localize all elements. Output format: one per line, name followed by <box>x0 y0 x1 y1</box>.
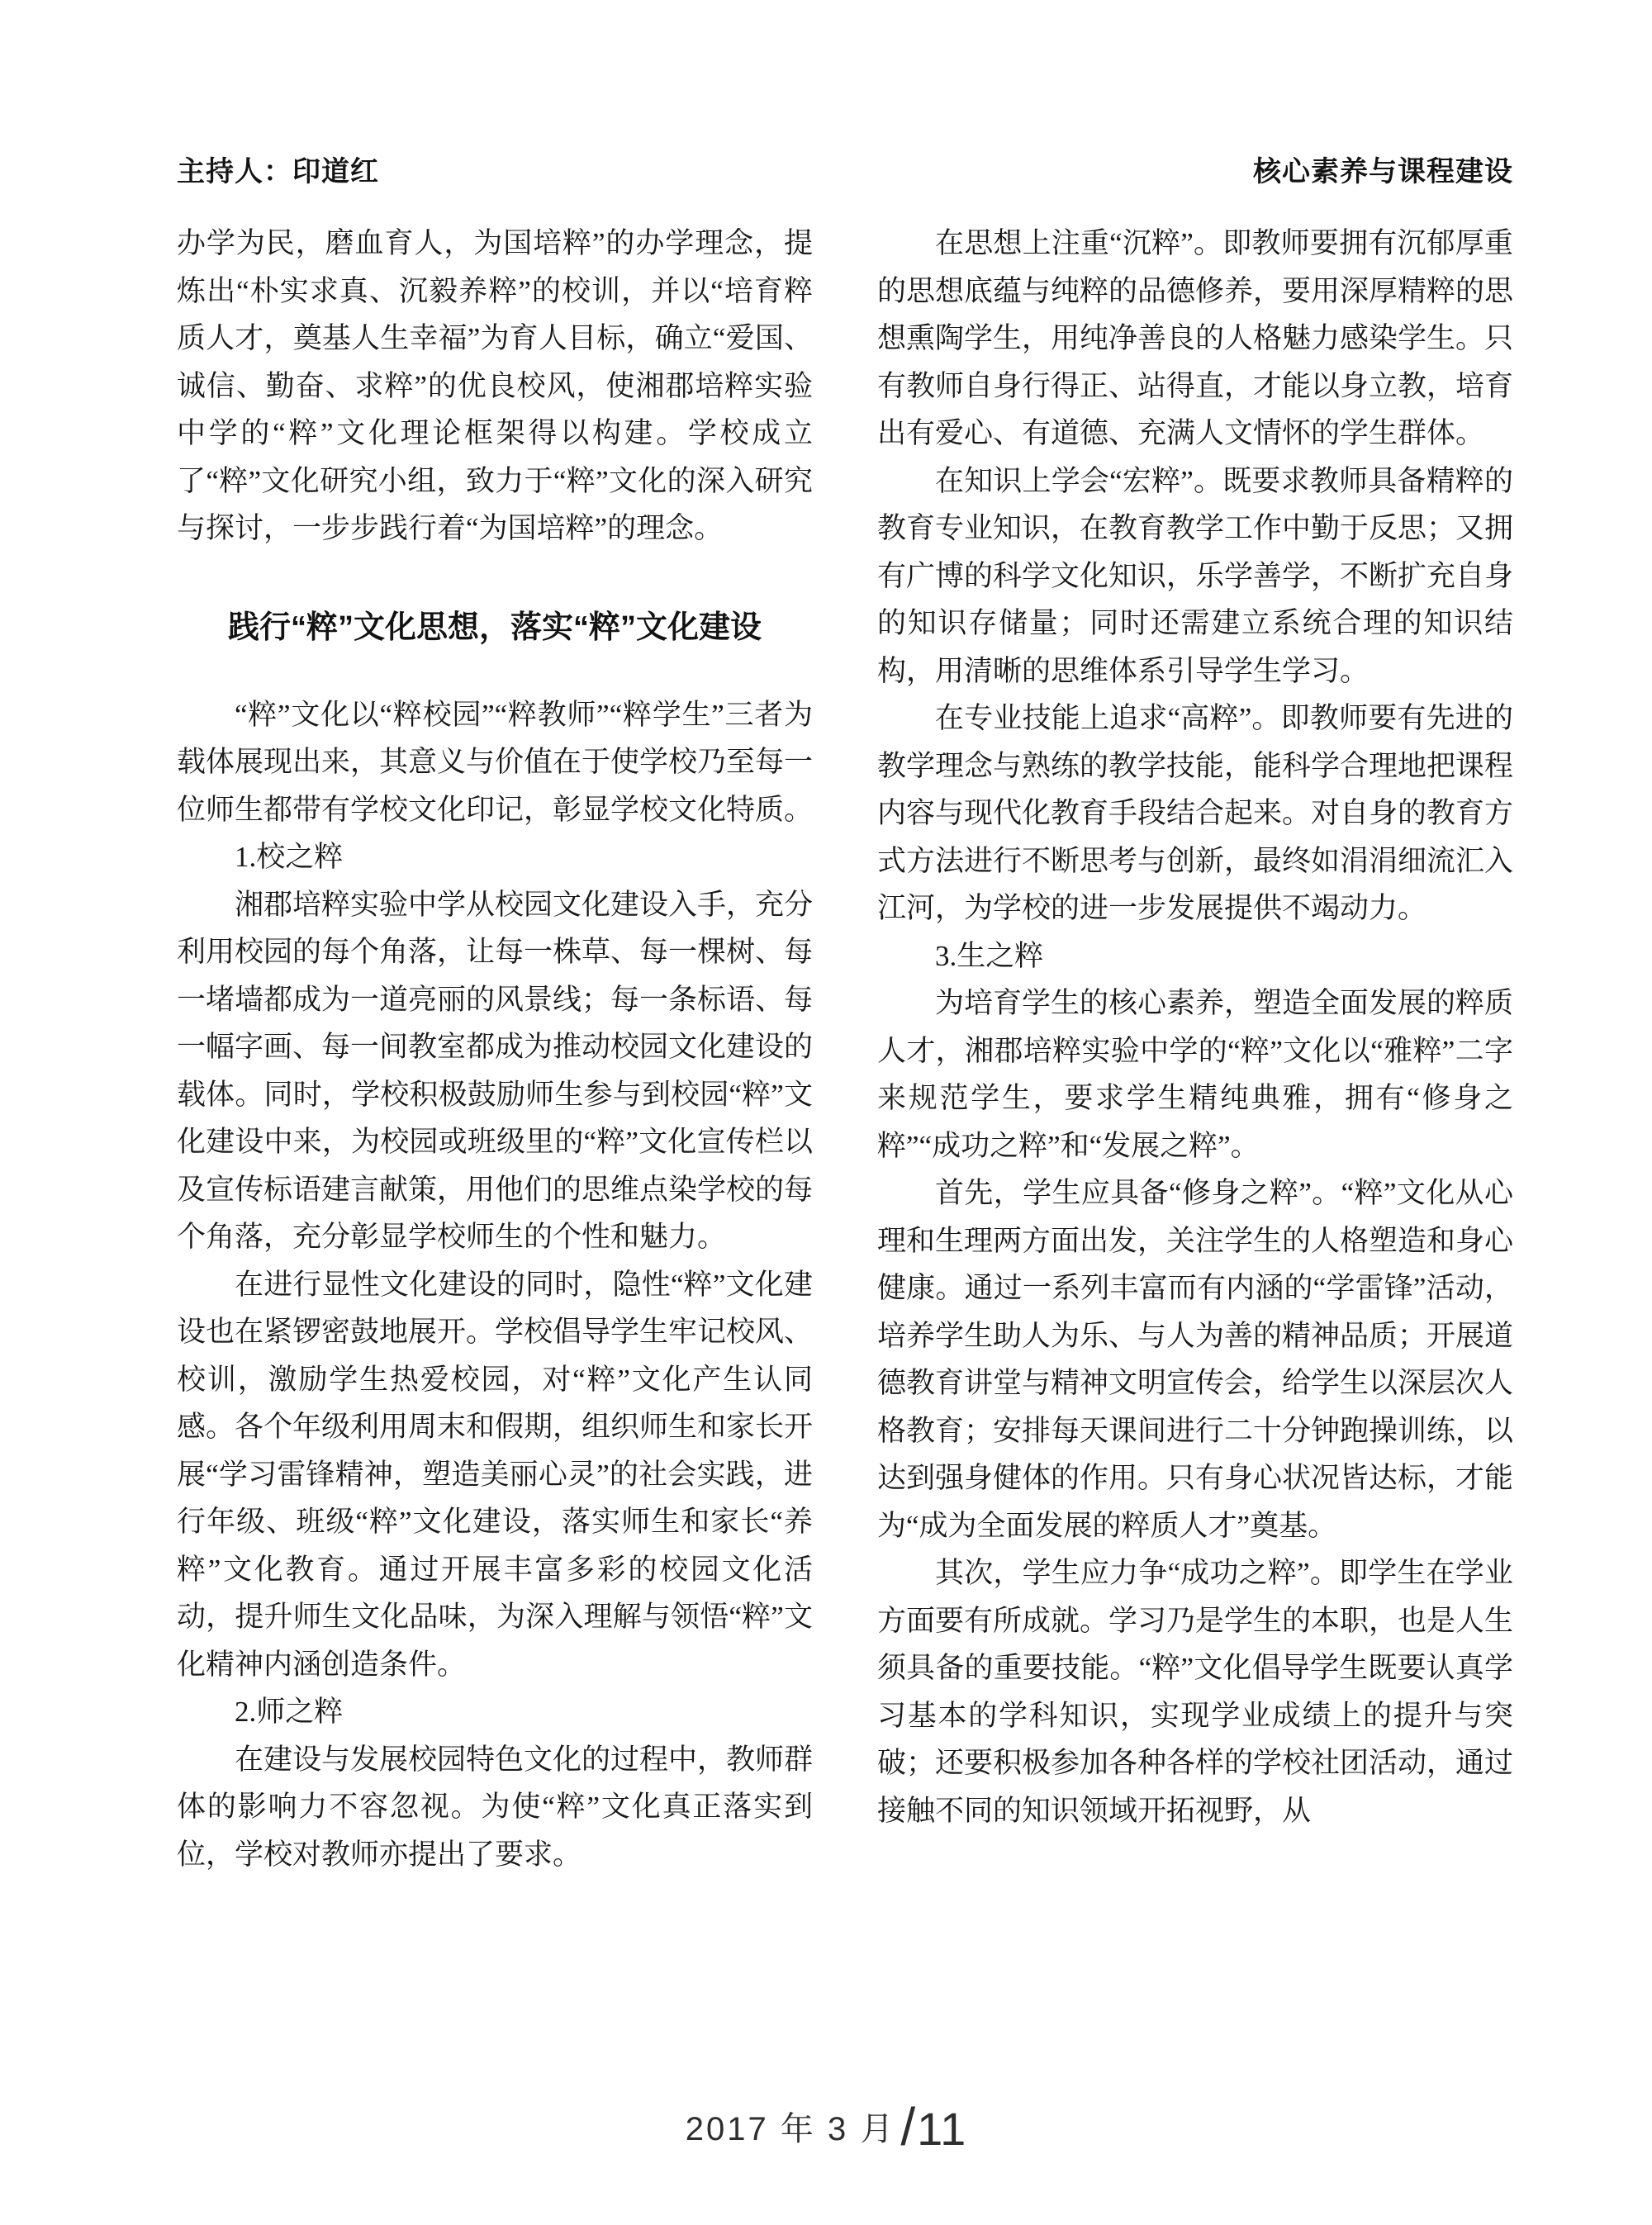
page-header: 主持人：印道红 核心素养与课程建设 <box>177 149 1513 189</box>
page-footer: 2017 年 3 月/11 <box>0 2096 1652 2157</box>
two-column-body: 办学为民，磨血育人，为国培粹”的办学理念，提炼出“朴实求真、沉毅养粹”的校训，并… <box>177 220 1513 1878</box>
paragraph-student-self-cultivation: 首先，学生应具备“修身之粹”。“粹”文化从心理和生理两方面出发，关注学生的人格塑… <box>877 1169 1513 1549</box>
subheading-school-cui: 1.校之粹 <box>177 833 813 881</box>
paragraph-teacher-skill: 在专业技能上追求“高粹”。即教师要有先进的教学理念与熟练的教学技能，能科学合理地… <box>877 695 1513 932</box>
paragraph-teacher-intro: 在建设与发展校园特色文化的过程中，教师群体的影响力不容忽视。为使“粹”文化真正落… <box>177 1736 813 1879</box>
footer-slash: / <box>895 2097 917 2156</box>
paragraph-teacher-thought: 在思想上注重“沉粹”。即教师要拥有沉郁厚重的思想底蕴与纯粹的品德修养，要用深厚精… <box>877 220 1513 458</box>
footer-page-number: 11 <box>917 2103 966 2155</box>
magazine-page: 主持人：印道红 核心素养与课程建设 办学为民，磨血育人，为国培粹”的办学理念，提… <box>0 0 1652 2225</box>
subheading-student-cui: 3.生之粹 <box>877 932 1513 980</box>
paragraph-school-campus: 湘郡培粹实验中学从校园文化建设入手，充分利用校园的每个角落，让每一株草、每一棵树… <box>177 881 813 1261</box>
paragraph-school-hidden-culture: 在进行显性文化建设的同时，隐性“粹”文化建设也在紧锣密鼓地展开。学校倡导学生牢记… <box>177 1261 813 1689</box>
section-heading: 践行“粹”文化思想，落实“粹”文化建设 <box>177 604 813 652</box>
left-column: 办学为民，磨血育人，为国培粹”的办学理念，提炼出“朴实求真、沉毅养粹”的校训，并… <box>177 220 813 1878</box>
paragraph-student-intro: 为培育学生的核心素养，塑造全面发展的粹质人才，湘郡培粹实验中学的“粹”文化以“雅… <box>877 980 1513 1169</box>
paragraph-cui-culture-intro: “粹”文化以“粹校园”“粹教师”“粹学生”三者为载体展现出来，其意义与价值在于使… <box>177 691 813 834</box>
paragraph-continuation: 办学为民，磨血育人，为国培粹”的办学理念，提炼出“朴实求真、沉毅养粹”的校训，并… <box>177 220 813 553</box>
paragraph-student-success: 其次，学生应力争“成功之粹”。即学生在学业方面要有所成就。学习乃是学生的本职，也… <box>877 1549 1513 1834</box>
header-host-label: 主持人：印道红 <box>177 149 379 189</box>
footer-date: 2017 年 3 月 <box>686 2111 896 2147</box>
paragraph-teacher-knowledge: 在知识上学会“宏粹”。既要求教师具备精粹的教育专业知识，在教育教学工作中勤于反思… <box>877 458 1513 695</box>
subheading-teacher-cui: 2.师之粹 <box>177 1688 813 1736</box>
header-column-title: 核心素养与课程建设 <box>1253 149 1513 189</box>
right-column: 在思想上注重“沉粹”。即教师要拥有沉郁厚重的思想底蕴与纯粹的品德修养，要用深厚精… <box>877 220 1513 1878</box>
